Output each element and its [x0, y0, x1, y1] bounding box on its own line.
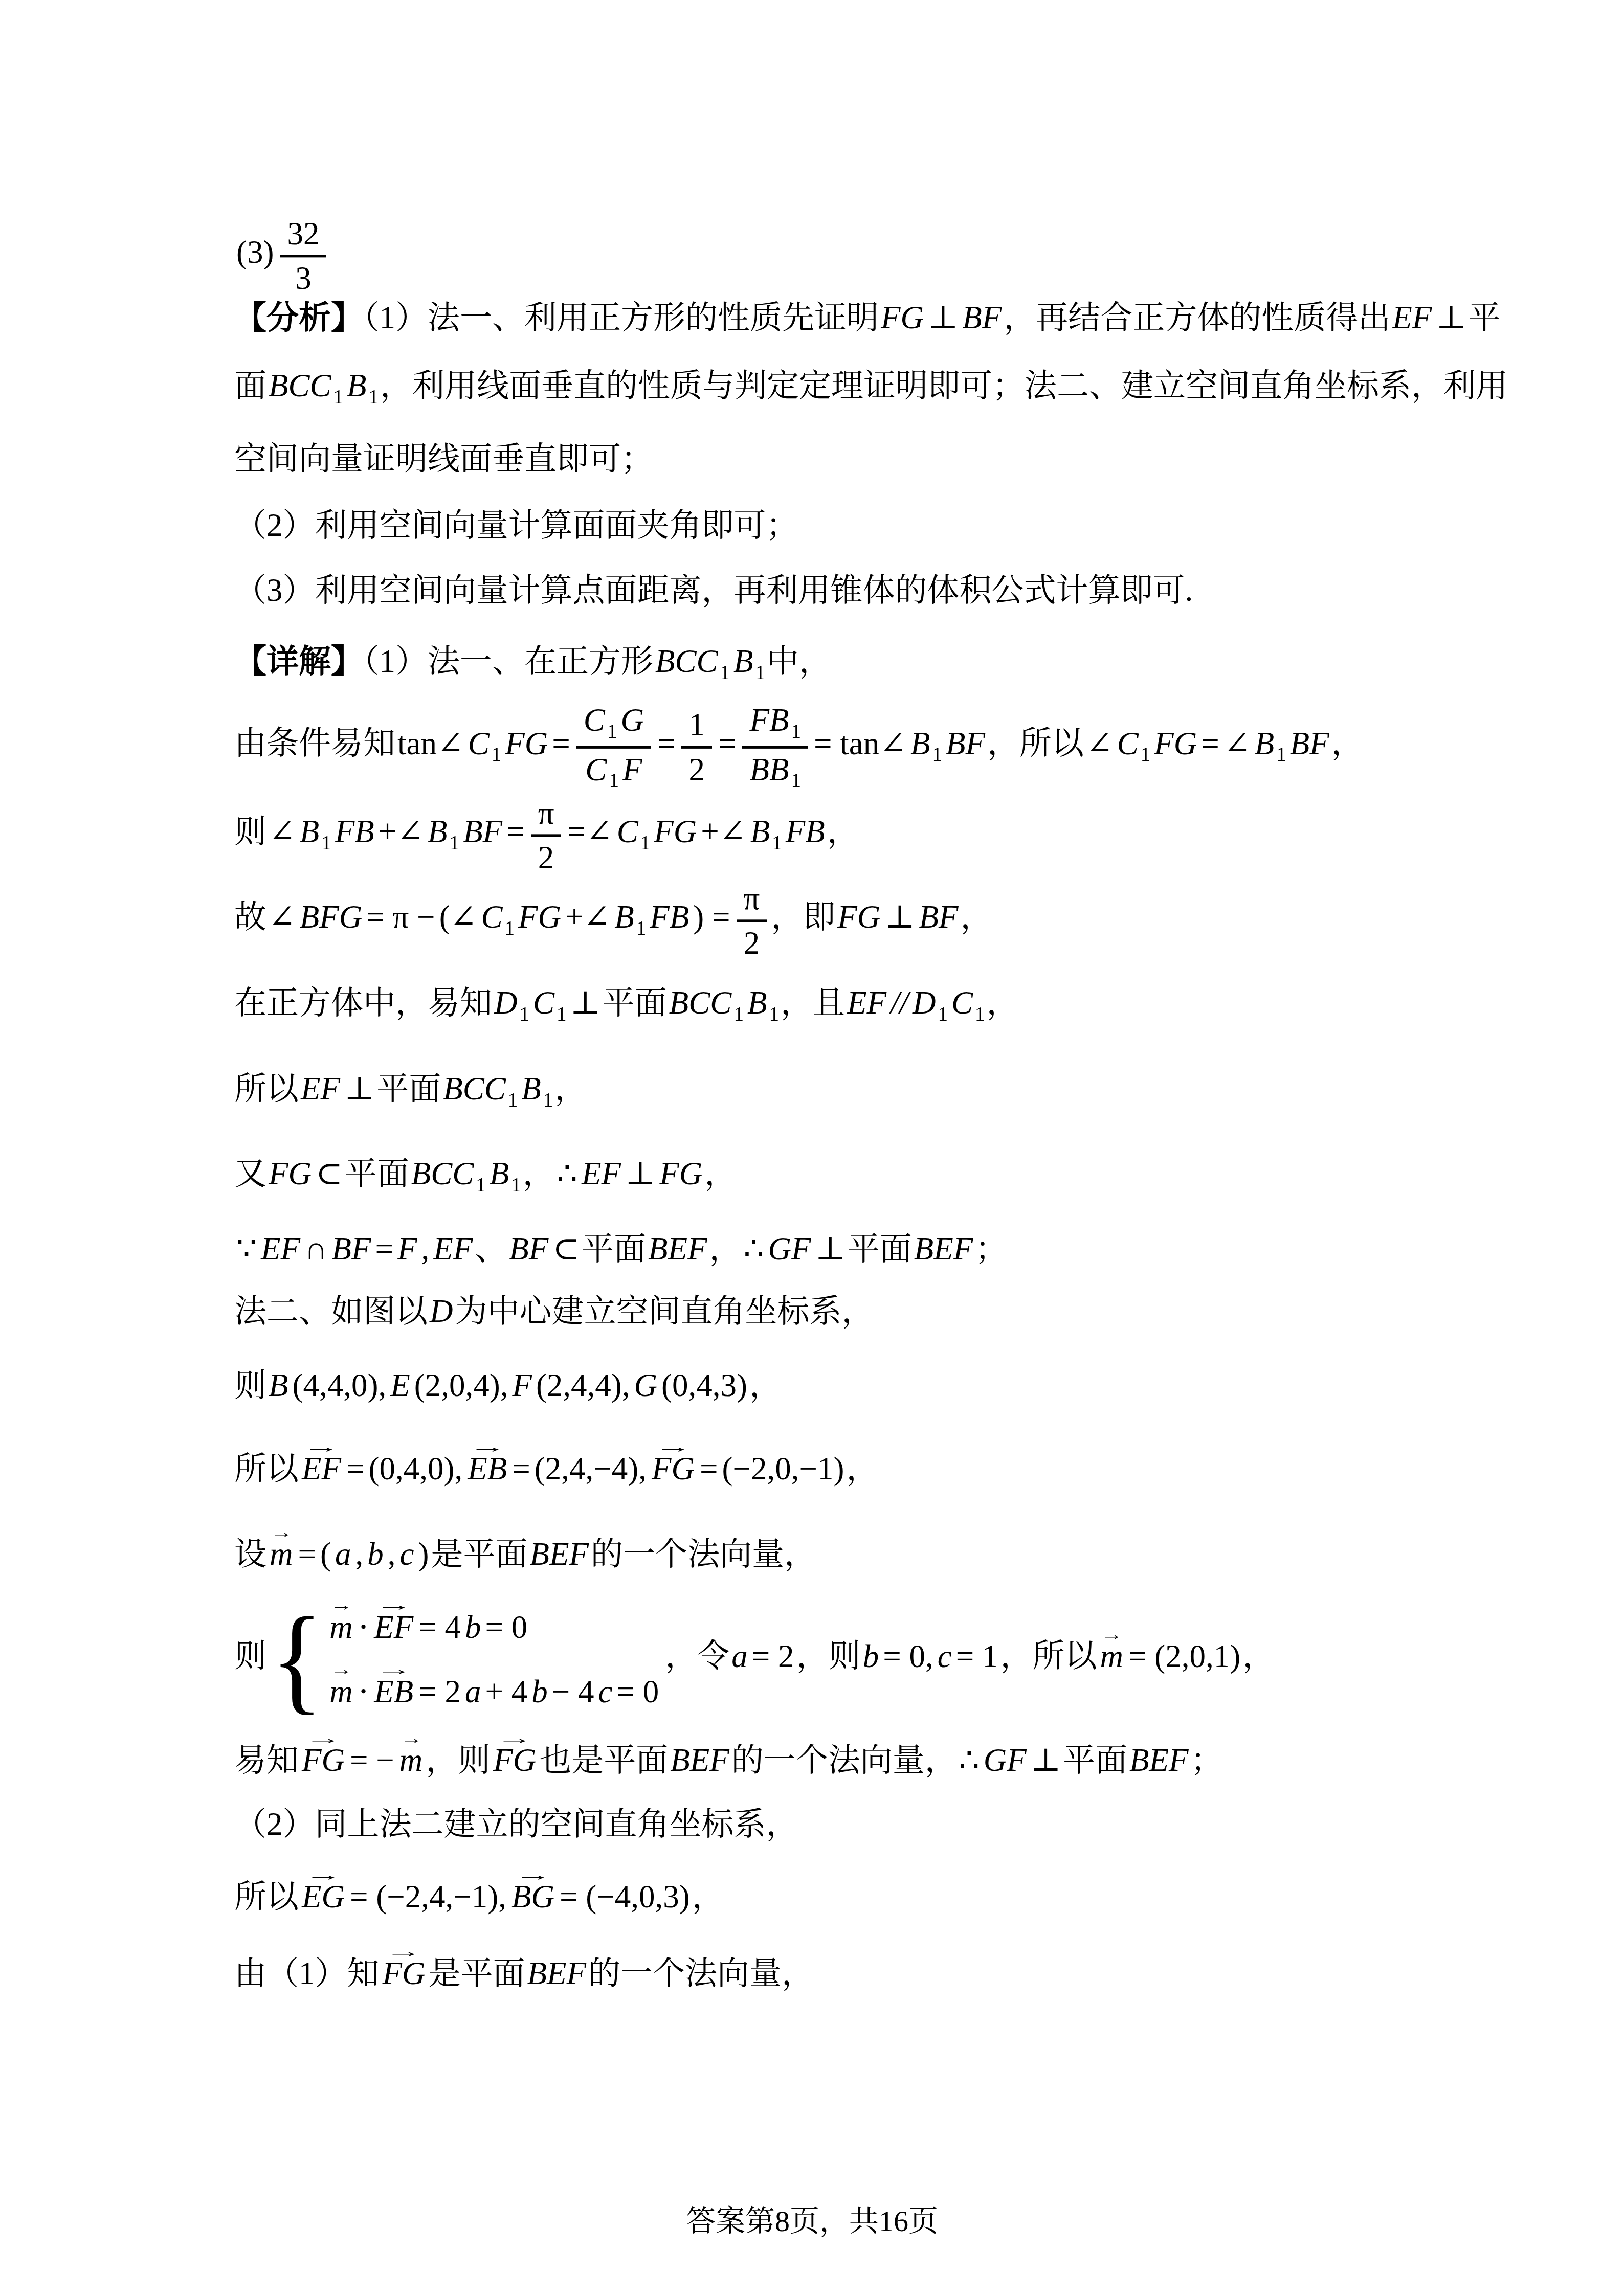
math-run: FG: [837, 899, 880, 935]
math-run: B: [750, 814, 770, 849]
vector-arrow-icon: →: [375, 1661, 412, 1678]
fraction-denominator: C1F: [583, 749, 644, 792]
math-run: B: [300, 814, 319, 849]
subscript: 1: [508, 1089, 518, 1111]
text-run: ，利用线面垂直的性质与判定定理证明即可；法二、建立空间直角坐标系，利用: [380, 368, 1508, 403]
math-run: B: [910, 725, 930, 761]
text-run: 则: [234, 1638, 266, 1674]
math-run: EF: [847, 985, 886, 1021]
system-row: →m⋅→EB= 2a+ 4b− 4c= 0: [326, 1671, 661, 1713]
math-run: BF: [919, 899, 959, 935]
document-line: 易知→FG= −→m，则→FG也是平面BEF的一个法向量，∴GF⊥平面BEF；: [234, 1740, 1223, 1782]
text-run: 平: [1468, 300, 1500, 335]
document-line: （2）利用空间向量计算面面夹角即可；: [234, 505, 798, 547]
math-run: D: [430, 1293, 453, 1329]
text-run: 的一个法向量，: [731, 1742, 957, 1778]
vector-base: EF: [302, 1451, 341, 1487]
fraction: π2: [737, 881, 767, 960]
page-footer-text: 答案第8页，共16页: [686, 2204, 938, 2238]
math-run: =: [552, 725, 570, 761]
math-run: BF: [946, 725, 985, 761]
fraction-numerator: C1G: [576, 702, 651, 749]
math-run: =: [700, 1451, 718, 1487]
text-run: 是平面: [431, 1536, 527, 1572]
vector-base: FG: [652, 1451, 695, 1487]
math-run: tan∠: [397, 725, 464, 761]
fraction-denominator: BB1: [747, 749, 803, 792]
vector-base: EF: [374, 1609, 413, 1645]
math-run: FG: [881, 300, 924, 335]
math-run: (0,4,3): [661, 1367, 747, 1403]
math-run: ,: [421, 1231, 430, 1267]
math-run: ⊥: [928, 300, 958, 335]
math-run: 1: [688, 707, 705, 742]
math-run: BF: [962, 300, 1002, 335]
vector: →FG: [383, 1953, 426, 1995]
vector-base: FG: [493, 1742, 536, 1778]
math-run: ∠: [1086, 725, 1113, 761]
document-line: 由（1）知→FG是平面BEF的一个法向量，: [234, 1953, 814, 1995]
math-run: (∠: [439, 899, 477, 935]
text-run: 平面: [582, 1231, 646, 1267]
math-run: BF: [463, 814, 502, 849]
text-run: ，则: [426, 1742, 490, 1778]
subscript: 1: [755, 661, 766, 683]
math-run: π: [744, 881, 760, 916]
math-run: ∠: [269, 899, 296, 935]
vector-base: BG: [511, 1879, 554, 1915]
subscript: 1: [543, 1089, 553, 1111]
math-run: =: [375, 1231, 394, 1267]
math-run: BFG: [300, 899, 362, 935]
math-run: EF: [301, 1071, 340, 1107]
vector: →m: [329, 1671, 353, 1713]
text-run: 则: [234, 814, 266, 849]
text-run: ，且: [781, 985, 845, 1021]
vector: →FG: [493, 1740, 536, 1782]
document-line: 空间向量证明线面垂直即可；: [234, 438, 653, 480]
text-run: ，: [847, 1451, 879, 1487]
fraction-denominator: 2: [742, 922, 762, 960]
fraction-denominator: 2: [686, 749, 707, 786]
fraction-denominator: 3: [293, 258, 314, 296]
subscript: 1: [791, 720, 801, 742]
text-run: （1）法一、利用正方形的性质先证明: [363, 300, 879, 335]
text-run: 的一个法向量，: [588, 1955, 814, 1991]
text-run: （2）利用空间向量计算面面夹角即可；: [234, 507, 798, 543]
vector-base: EB: [468, 1451, 507, 1487]
vector: →BG: [511, 1876, 554, 1918]
vector: →FG: [652, 1448, 695, 1490]
math-run: a: [731, 1638, 748, 1674]
fraction-numerator: π: [737, 881, 767, 922]
text-run: ，: [709, 1231, 741, 1267]
text-run: 为中心建立空间直角坐标系，: [455, 1293, 874, 1329]
math-run: ∠: [269, 814, 296, 849]
text-run: ，: [692, 1879, 724, 1915]
math-run: ,: [355, 1536, 364, 1572]
math-run: = (2,0,1): [1128, 1638, 1240, 1674]
math-run: B: [733, 643, 753, 679]
math-run: =: [506, 814, 525, 849]
vector-base: m: [399, 1742, 423, 1778]
math-run: = π −: [366, 899, 435, 935]
subscript: 1: [772, 832, 782, 854]
math-run: =: [657, 725, 676, 761]
math-run: = 0,: [883, 1638, 933, 1674]
text-run: 平面: [848, 1231, 912, 1267]
document-line: 由条件易知tan∠C1FG=C1GC1F=12=FB1BB1= tan∠B1BF…: [234, 702, 1364, 791]
vector: →FG: [302, 1740, 345, 1782]
vector: →m: [1100, 1635, 1123, 1677]
math-run: (3): [236, 234, 274, 270]
math-run: C: [1117, 725, 1139, 761]
math-run: c: [400, 1536, 414, 1572]
math-run: C: [533, 985, 554, 1021]
math-run: ⊥: [1031, 1742, 1061, 1778]
math-run: =: [718, 725, 737, 761]
fraction: FB1BB1: [742, 702, 808, 791]
text-run: 空间向量证明线面垂直即可；: [234, 441, 653, 477]
math-run: = 2: [752, 1638, 794, 1674]
text-run: 由条件易知: [234, 725, 395, 761]
text-run: 易知: [234, 1742, 299, 1778]
math-run: B: [347, 368, 366, 403]
math-run: ): [418, 1536, 429, 1572]
text-run: 所以: [234, 1451, 299, 1487]
math-run: G: [634, 1367, 658, 1403]
math-run: = 0: [617, 1673, 659, 1709]
vector-arrow-icon: →: [399, 1730, 422, 1747]
math-run: BEF: [1129, 1742, 1188, 1778]
text-run: ，: [1331, 725, 1364, 761]
vector: →m: [270, 1534, 293, 1575]
document-line: （3）利用空间向量计算点面距离，再利用锥体的体积公式计算即可.: [234, 570, 1193, 612]
text-run: 所以: [234, 1879, 299, 1915]
text-run: ，: [827, 814, 859, 849]
math-run: D: [494, 985, 518, 1021]
text-run: ，所以: [1000, 1638, 1097, 1674]
math-run: C: [468, 725, 490, 761]
text-run: （2）同上法二建立的空间直角坐标系，: [234, 1806, 798, 1842]
math-run: =: [346, 1451, 365, 1487]
math-run: ∴: [557, 1156, 577, 1191]
math-run: ⋅: [358, 1673, 369, 1709]
document-line: 在正方体中，易知D1C1⊥平面BCC1B1，且EF//D1C1，: [234, 982, 1019, 1027]
text-run: ，: [987, 985, 1019, 1021]
vector-arrow-icon: →: [330, 1597, 352, 1613]
math-run: b: [367, 1536, 384, 1572]
vector-arrow-icon: →: [303, 1439, 340, 1455]
subscript: 1: [636, 917, 647, 939]
math-run: B: [1255, 725, 1274, 761]
math-run: C: [584, 702, 605, 738]
document-line: 所以→EF=(0,4,0),→EB=(2,4,−4),→FG=(−2,0,−1)…: [234, 1448, 879, 1490]
math-run: ⊥: [344, 1071, 374, 1107]
subscript: 1: [1141, 744, 1151, 766]
vector: →EB: [468, 1448, 507, 1490]
document-line: (3)323: [234, 216, 330, 295]
text-run: ，所以: [987, 725, 1084, 761]
math-run: BF: [509, 1231, 548, 1267]
vector-arrow-icon: →: [496, 1730, 533, 1747]
math-run: FB: [749, 702, 789, 738]
math-run: FG: [654, 814, 697, 849]
math-run: a: [465, 1673, 481, 1709]
math-run: (2,0,4),: [414, 1367, 508, 1403]
math-run: =: [298, 1536, 317, 1572]
math-run: = (−4,0,3): [560, 1879, 690, 1915]
math-run: ∠: [1223, 725, 1251, 761]
text-run: ；: [975, 1231, 1007, 1267]
text-run: 也是平面: [539, 1742, 668, 1778]
math-run: BCC: [655, 643, 718, 679]
subscript: 1: [450, 832, 460, 854]
math-run: π: [538, 795, 554, 831]
fraction-denominator: 2: [536, 837, 557, 875]
subscript: 1: [321, 832, 331, 854]
math-run: C: [481, 899, 502, 935]
text-run: 是平面: [428, 1955, 525, 1991]
math-run: = 2: [418, 1673, 461, 1709]
math-run: 3: [295, 261, 312, 297]
math-run: ∴: [959, 1742, 980, 1778]
math-run: +∠: [565, 899, 610, 935]
math-run: FG: [505, 725, 548, 761]
math-run: //: [891, 985, 908, 1021]
fraction-numerator: 32: [280, 216, 326, 257]
math-run: − 4: [552, 1673, 594, 1709]
math-run: (: [320, 1536, 331, 1572]
subscript: 1: [938, 1003, 948, 1025]
vector-arrow-icon: →: [270, 1524, 293, 1541]
math-run: B: [747, 985, 767, 1021]
math-run: (0,4,0),: [369, 1451, 463, 1487]
math-run: BCC: [269, 368, 331, 403]
document-line: 则∠B1FB+∠B1BF=π2=∠C1FG+∠B1FB，: [234, 795, 859, 874]
vector: →EF: [302, 1448, 341, 1490]
subscript: 1: [369, 386, 379, 408]
text-run: 则: [234, 1367, 266, 1403]
vector: →m: [399, 1740, 423, 1782]
vector-arrow-icon: →: [469, 1439, 505, 1455]
text-run: 面: [234, 368, 266, 403]
vector-base: m: [329, 1609, 353, 1645]
math-run: ∴: [743, 1231, 764, 1267]
math-run: b: [531, 1673, 548, 1709]
math-run: = −: [350, 1742, 394, 1778]
math-run: 2: [744, 926, 760, 961]
document-line: 所以EF⊥平面BCC1B1，: [234, 1068, 587, 1113]
document-line: 【分析】（1）法一、利用正方形的性质先证明FG⊥BF，再结合正方体的性质得出EF…: [234, 297, 1500, 339]
subscript: 1: [557, 1003, 567, 1025]
math-run: 32: [287, 216, 319, 252]
text-run: ，令: [665, 1638, 729, 1674]
vector-arrow-icon: →: [305, 1867, 342, 1883]
math-run: ,: [388, 1536, 396, 1572]
math-run: ⊂: [552, 1231, 580, 1267]
text-run: 平面: [603, 985, 667, 1021]
text-run: 在正方体中，易知: [234, 985, 492, 1021]
document-line: 则{→m⋅→EF= 4b= 0→m⋅→EB= 2a+ 4b− 4c= 0，令a=…: [234, 1605, 1275, 1715]
vector: →m: [329, 1606, 353, 1648]
math-run: BEF: [529, 1536, 588, 1572]
document-line: 则B(4,4,0),E(2,0,4),F(2,4,4),G(0,4,3)，: [234, 1365, 782, 1407]
math-run: c: [938, 1638, 952, 1674]
text-run: 、: [475, 1231, 507, 1267]
fraction-numerator: 1: [681, 707, 712, 748]
text-run: ，: [554, 1071, 587, 1107]
subscript: 1: [492, 744, 502, 766]
vector-arrow-icon: →: [515, 1867, 551, 1883]
subscript: 1: [333, 386, 344, 408]
subscript: 1: [791, 770, 801, 792]
subscript: 1: [720, 661, 730, 683]
vector: →EB: [374, 1671, 413, 1713]
subscript: 1: [733, 1003, 744, 1025]
math-run: = tan∠: [814, 725, 906, 761]
vector-base: EB: [374, 1673, 413, 1709]
math-run: BF: [1290, 725, 1329, 761]
fraction: π2: [531, 795, 562, 874]
math-run: FG: [269, 1156, 312, 1191]
math-run: BEF: [670, 1742, 729, 1778]
fraction: 323: [280, 216, 326, 295]
subscript: 1: [609, 770, 619, 792]
math-run: FB: [335, 814, 374, 849]
document-page: (3)323【分析】（1）法一、利用正方形的性质先证明FG⊥BF，再结合正方体的…: [0, 0, 1624, 2296]
text-run: 平面: [1063, 1742, 1127, 1778]
left-brace-icon: {: [271, 1600, 323, 1719]
fraction-numerator: π: [531, 795, 562, 837]
math-run: EF: [433, 1231, 473, 1267]
math-run: ∩: [304, 1231, 328, 1267]
math-run: BCC: [411, 1156, 474, 1191]
math-run: (4,4,0),: [292, 1367, 386, 1403]
math-run: GF: [768, 1231, 811, 1267]
text-run: ；: [1191, 1742, 1223, 1778]
math-run: = 0: [485, 1609, 528, 1645]
text-run: ，即: [771, 899, 835, 935]
math-run: =∠: [567, 814, 612, 849]
subscript: 1: [932, 744, 943, 766]
math-run: FG: [1154, 725, 1197, 761]
document-line: 设→m=(a,b,c)是平面BEF的一个法向量，: [234, 1534, 816, 1575]
math-run: FG: [659, 1156, 702, 1191]
system-row: →m⋅→EF= 4b= 0: [326, 1606, 529, 1648]
math-run: b: [863, 1638, 879, 1674]
text-run: 故: [234, 899, 266, 935]
math-run: + 4: [485, 1673, 528, 1709]
document-line: 所以→EG= (−2,4,−1),→BG= (−4,0,3)，: [234, 1876, 724, 1918]
math-run: a: [335, 1536, 351, 1572]
math-run: EF: [261, 1231, 300, 1267]
math-run: ⊥: [884, 899, 915, 935]
text-run: 平面: [345, 1156, 409, 1191]
math-run: C: [585, 752, 607, 787]
text-run: （3）利用空间向量计算点面距离，再利用锥体的体积公式计算即可.: [234, 572, 1193, 608]
subscript: 1: [476, 1174, 486, 1196]
math-run: +∠: [379, 814, 424, 849]
math-run: FB: [650, 899, 689, 935]
math-run: 2: [688, 752, 705, 787]
math-run: F: [512, 1367, 531, 1403]
math-run: b: [465, 1609, 481, 1645]
math-run: ⋅: [358, 1609, 369, 1645]
vector: →EF: [374, 1606, 413, 1648]
text-run: ，: [523, 1156, 555, 1191]
document-line: 法二、如图以D为中心建立空间直角坐标系，: [234, 1291, 874, 1333]
text-run: 设: [234, 1536, 266, 1572]
subscript: 1: [520, 1003, 530, 1025]
math-run: = 4: [418, 1609, 461, 1645]
text-run: 由（1）知: [234, 1955, 380, 1991]
math-run: BEF: [648, 1231, 707, 1267]
math-run: ⊥: [1436, 300, 1466, 335]
text-run: ，则: [796, 1638, 861, 1674]
math-run: BEF: [527, 1955, 586, 1991]
math-run: D: [913, 985, 936, 1021]
document-line: 又FG⊂平面BCC1B1，∴EF⊥FG，: [234, 1153, 737, 1198]
text-run: ，: [749, 1367, 782, 1403]
math-run: C: [951, 985, 973, 1021]
math-run: +∠: [701, 814, 746, 849]
math-run: = 1: [956, 1638, 998, 1674]
math-run: c: [598, 1673, 613, 1709]
vector-arrow-icon: →: [385, 1944, 422, 1960]
text-run: 又: [234, 1156, 266, 1191]
math-run: G: [620, 702, 644, 738]
math-run: ∵: [236, 1231, 257, 1267]
math-run: BF: [332, 1231, 371, 1267]
math-run: BEF: [914, 1231, 973, 1267]
math-run: BCC: [669, 985, 732, 1021]
subscript: 1: [607, 720, 617, 742]
fraction: C1GC1F: [576, 702, 651, 791]
text-run: ，再结合正方体的性质得出: [1004, 300, 1390, 335]
vector-arrow-icon: →: [655, 1439, 692, 1455]
math-run: (2,4,4),: [536, 1367, 630, 1403]
text-run: 所以: [234, 1071, 299, 1107]
document-line: 【详解】（1）法一、在正方形BCC1B1中，: [234, 641, 831, 686]
math-run: ⊥: [815, 1231, 846, 1267]
vector-base: m: [329, 1673, 353, 1709]
fraction: 12: [681, 707, 712, 786]
text-run: 平面: [376, 1071, 441, 1107]
vector-base: FG: [302, 1742, 345, 1778]
vector-base: m: [1100, 1638, 1123, 1674]
math-run: =: [1201, 725, 1219, 761]
vector-arrow-icon: →: [375, 1597, 412, 1613]
math-run: F: [397, 1231, 417, 1267]
system-rows: →m⋅→EF= 4b= 0→m⋅→EB= 2a+ 4b− 4c= 0: [326, 1606, 661, 1713]
text-run: ，: [961, 899, 993, 935]
text-run: 中，: [767, 643, 831, 679]
math-run: C: [617, 814, 638, 849]
math-run: B: [428, 814, 447, 849]
math-run: B: [521, 1071, 541, 1107]
math-run: EF: [1392, 300, 1432, 335]
math-run: FB: [786, 814, 825, 849]
math-run: GF: [984, 1742, 1027, 1778]
subscript: 1: [511, 1174, 521, 1196]
math-run: F: [622, 752, 642, 787]
math-run: BCC: [443, 1071, 506, 1107]
document-line: ∵EF∩BF=F,EF、BF⊂平面BEF，∴GF⊥平面BEF；: [234, 1228, 1007, 1270]
subscript: 1: [504, 917, 515, 939]
subscript: 1: [975, 1003, 985, 1025]
vector-arrow-icon: →: [1100, 1626, 1123, 1642]
